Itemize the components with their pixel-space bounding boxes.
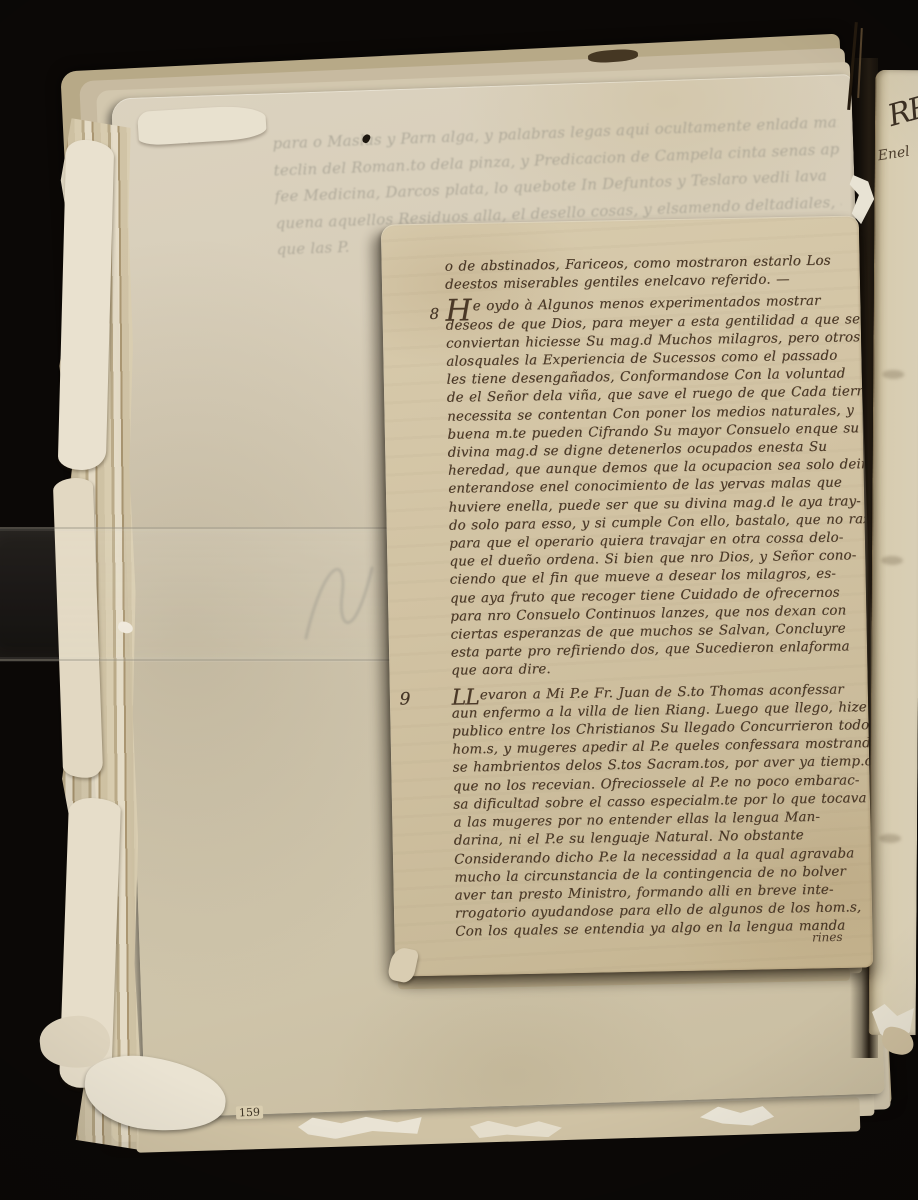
manuscript-page: o de abstinados, Fariceos, como mostraro… (381, 215, 873, 976)
paragraph-8: 8 He oydo à Algunos menos experimentados… (445, 293, 861, 682)
paragraph-9: 9 LLevaron a Mi P.e Fr. Juan de S.to Tho… (451, 681, 865, 942)
catchword: rines (812, 930, 843, 945)
page-edge-number: 159 (236, 1106, 263, 1120)
intro-lines: o de abstinados, Fariceos, como mostraro… (445, 252, 856, 295)
manuscript-text: o de abstinados, Fariceos, como mostraro… (445, 252, 866, 942)
right-page: RR Enel (869, 70, 918, 1035)
right-page-subheading: Enel (877, 144, 911, 165)
paragraph-8-lines: deseos de que Dios, para meyer a esta ge… (446, 311, 862, 681)
paragraph-number: 9 (399, 690, 410, 708)
faint-ink-smudge (882, 370, 904, 379)
torn-paper-flap (58, 139, 115, 470)
glass-weight (0, 527, 440, 661)
faint-ink-smudge (879, 834, 901, 843)
photo-canvas: para o Maslas y Parn alga, y palabras le… (0, 0, 918, 1200)
faint-ink-smudge (881, 556, 903, 565)
paragraph-9-lines: aun enfermo a la villa de lien Riang. Lu… (452, 699, 866, 942)
right-page-heading: RR (884, 89, 918, 134)
paragraph-number: 8 (429, 305, 439, 323)
